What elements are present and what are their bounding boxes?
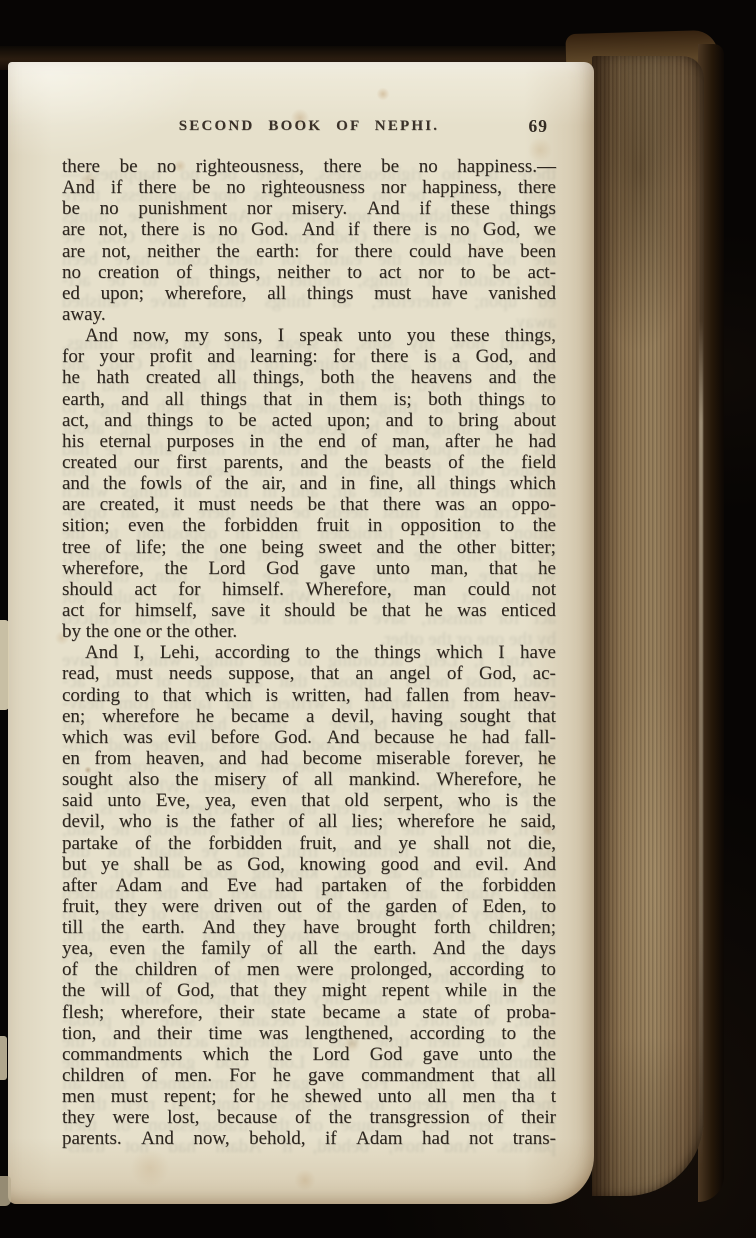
book-fore-edge xyxy=(592,56,704,1196)
text-line: therebenorighteousness,therebenohappines… xyxy=(62,156,556,177)
text-line: arecreated,itmustneedsbethattherewasanop… xyxy=(62,494,556,515)
page-edge-sliver xyxy=(0,620,9,710)
text-line: edupon;wherefore,allthingsmusthavevanish… xyxy=(62,283,556,304)
text-line: partakeoftheforbiddenfruit,andyeshallnot… xyxy=(62,833,556,854)
text-line: Andnow,mysons,Ispeakuntoyouthesethings, xyxy=(85,325,556,346)
text-line: hiseternalpurposesintheendofman,afterheh… xyxy=(62,431,556,452)
text-line: soughtalsothemiseryofallmankind.Wherefor… xyxy=(62,769,556,790)
text-line: Andiftherebenorighteousnessnorhappiness,… xyxy=(62,177,556,198)
text-line: fruit,theyweredrivenoutofthegardenofEden… xyxy=(62,896,556,917)
book-page: SECOND BOOK OF NEPHI. 69 therebenorighte… xyxy=(8,62,594,1204)
running-head-title: SECOND BOOK OF NEPHI. xyxy=(62,118,556,135)
text-line: cordingtothatwhichiswritten,hadfallenfro… xyxy=(62,685,556,706)
paragraph: AndI,Lehi,accordingtothethingswhichIhave… xyxy=(62,642,556,1149)
text-line: saiduntoEve,yea,eventhatoldserpent,whois… xyxy=(62,790,556,811)
page-text: therebenorighteousness,therebenohappines… xyxy=(62,156,556,1150)
text-line: ofthechildrenofmenwereprolonged,accordin… xyxy=(62,959,556,980)
page-number: 69 xyxy=(529,116,549,137)
text-line: treeoflife;theonebeingsweetandtheotherbi… xyxy=(62,537,556,558)
text-line: arenot,neithertheearth:fortherecouldhave… xyxy=(62,241,556,262)
paragraph: Andnow,mysons,Ispeakuntoyouthesethings,f… xyxy=(62,325,556,642)
text-line: flesh;wherefore,theirstatebecameastateof… xyxy=(62,1002,556,1023)
text-line: tion,andtheirtimewaslengthened,according… xyxy=(62,1023,556,1044)
text-line: enfromheaven,andhadbecomemiserableforeve… xyxy=(62,748,556,769)
text-line: earth,andallthingsthatinthemis;boththing… xyxy=(62,389,556,410)
text-line: butyeshallbeasGod,knowinggoodandevil.And xyxy=(62,854,556,875)
page-edge-sliver xyxy=(0,1036,7,1080)
text-line: wherefore,theLordGodgaveuntoman,thathe xyxy=(62,558,556,579)
text-line: arenot,thereisnoGod.AndifthereisnoGod,we xyxy=(62,219,556,240)
text-line: act,andthingstobeactedupon;andtobringabo… xyxy=(62,410,556,431)
page-edge-sliver xyxy=(0,1176,11,1206)
text-line: AndI,Lehi,accordingtothethingswhichIhave xyxy=(85,642,556,663)
text-line: hehathcreatedallthings,boththeheavensand… xyxy=(62,367,556,388)
text-line: andthefowlsoftheair,andinfine,allthingsw… xyxy=(62,473,556,494)
text-line: away. xyxy=(62,304,556,325)
text-line: commandmentswhichtheLordGodgaveuntothe xyxy=(62,1044,556,1065)
running-header: SECOND BOOK OF NEPHI. 69 xyxy=(62,118,556,142)
text-line: en;whereforehebecameadevil,havingsoughtt… xyxy=(62,706,556,727)
text-line: createdourfirstparents,andthebeastsofthe… xyxy=(62,452,556,473)
text-line: benopunishmentnormisery.Andifthesethings xyxy=(62,198,556,219)
text-line: by the one or the other. xyxy=(62,621,556,642)
text-line: shouldactforhimself.Wherefore,mancouldno… xyxy=(62,579,556,600)
text-line: thewillofGod,thattheymightrepentwhileint… xyxy=(62,980,556,1001)
text-line: afterAdamandEvehadpartakenoftheforbidden xyxy=(62,875,556,896)
photo-of-open-book: SECOND BOOK OF NEPHI. 69 therebenorighte… xyxy=(0,0,756,1238)
text-line: tilltheearth.Andtheyhavebroughtforthchil… xyxy=(62,917,556,938)
text-line: read,mustneedssuppose,thatanangelofGod,a… xyxy=(62,663,556,684)
text-line: childrenofmen.Forhegavecommandmentthatal… xyxy=(62,1065,556,1086)
text-line: theywerelost,becauseofthetransgressionof… xyxy=(62,1107,556,1128)
text-line: menmustrepent;forhesheweduntoallmenthat xyxy=(62,1086,556,1107)
fore-edge-highlight xyxy=(699,320,703,1170)
text-line: whichwasevilbeforeGod.Andbecausehehadfal… xyxy=(62,727,556,748)
text-line: yea,eventhefamilyofalltheearth.Andtheday… xyxy=(62,938,556,959)
text-line: nocreationofthings,neithertoactnortobeac… xyxy=(62,262,556,283)
text-line: foryourprofitandlearning:forthereisaGod,… xyxy=(62,346,556,367)
text-line: actforhimself,saveitshouldbethathewasent… xyxy=(62,600,556,621)
text-line: devil,whoisthefatherofalllies;whereforeh… xyxy=(62,811,556,832)
text-line: parents.Andnow,behold,ifAdamhadnottrans- xyxy=(62,1128,556,1149)
paragraph: therebenorighteousness,therebenohappines… xyxy=(62,156,556,325)
text-line: sition;eventheforbiddenfruitinopposition… xyxy=(62,515,556,536)
